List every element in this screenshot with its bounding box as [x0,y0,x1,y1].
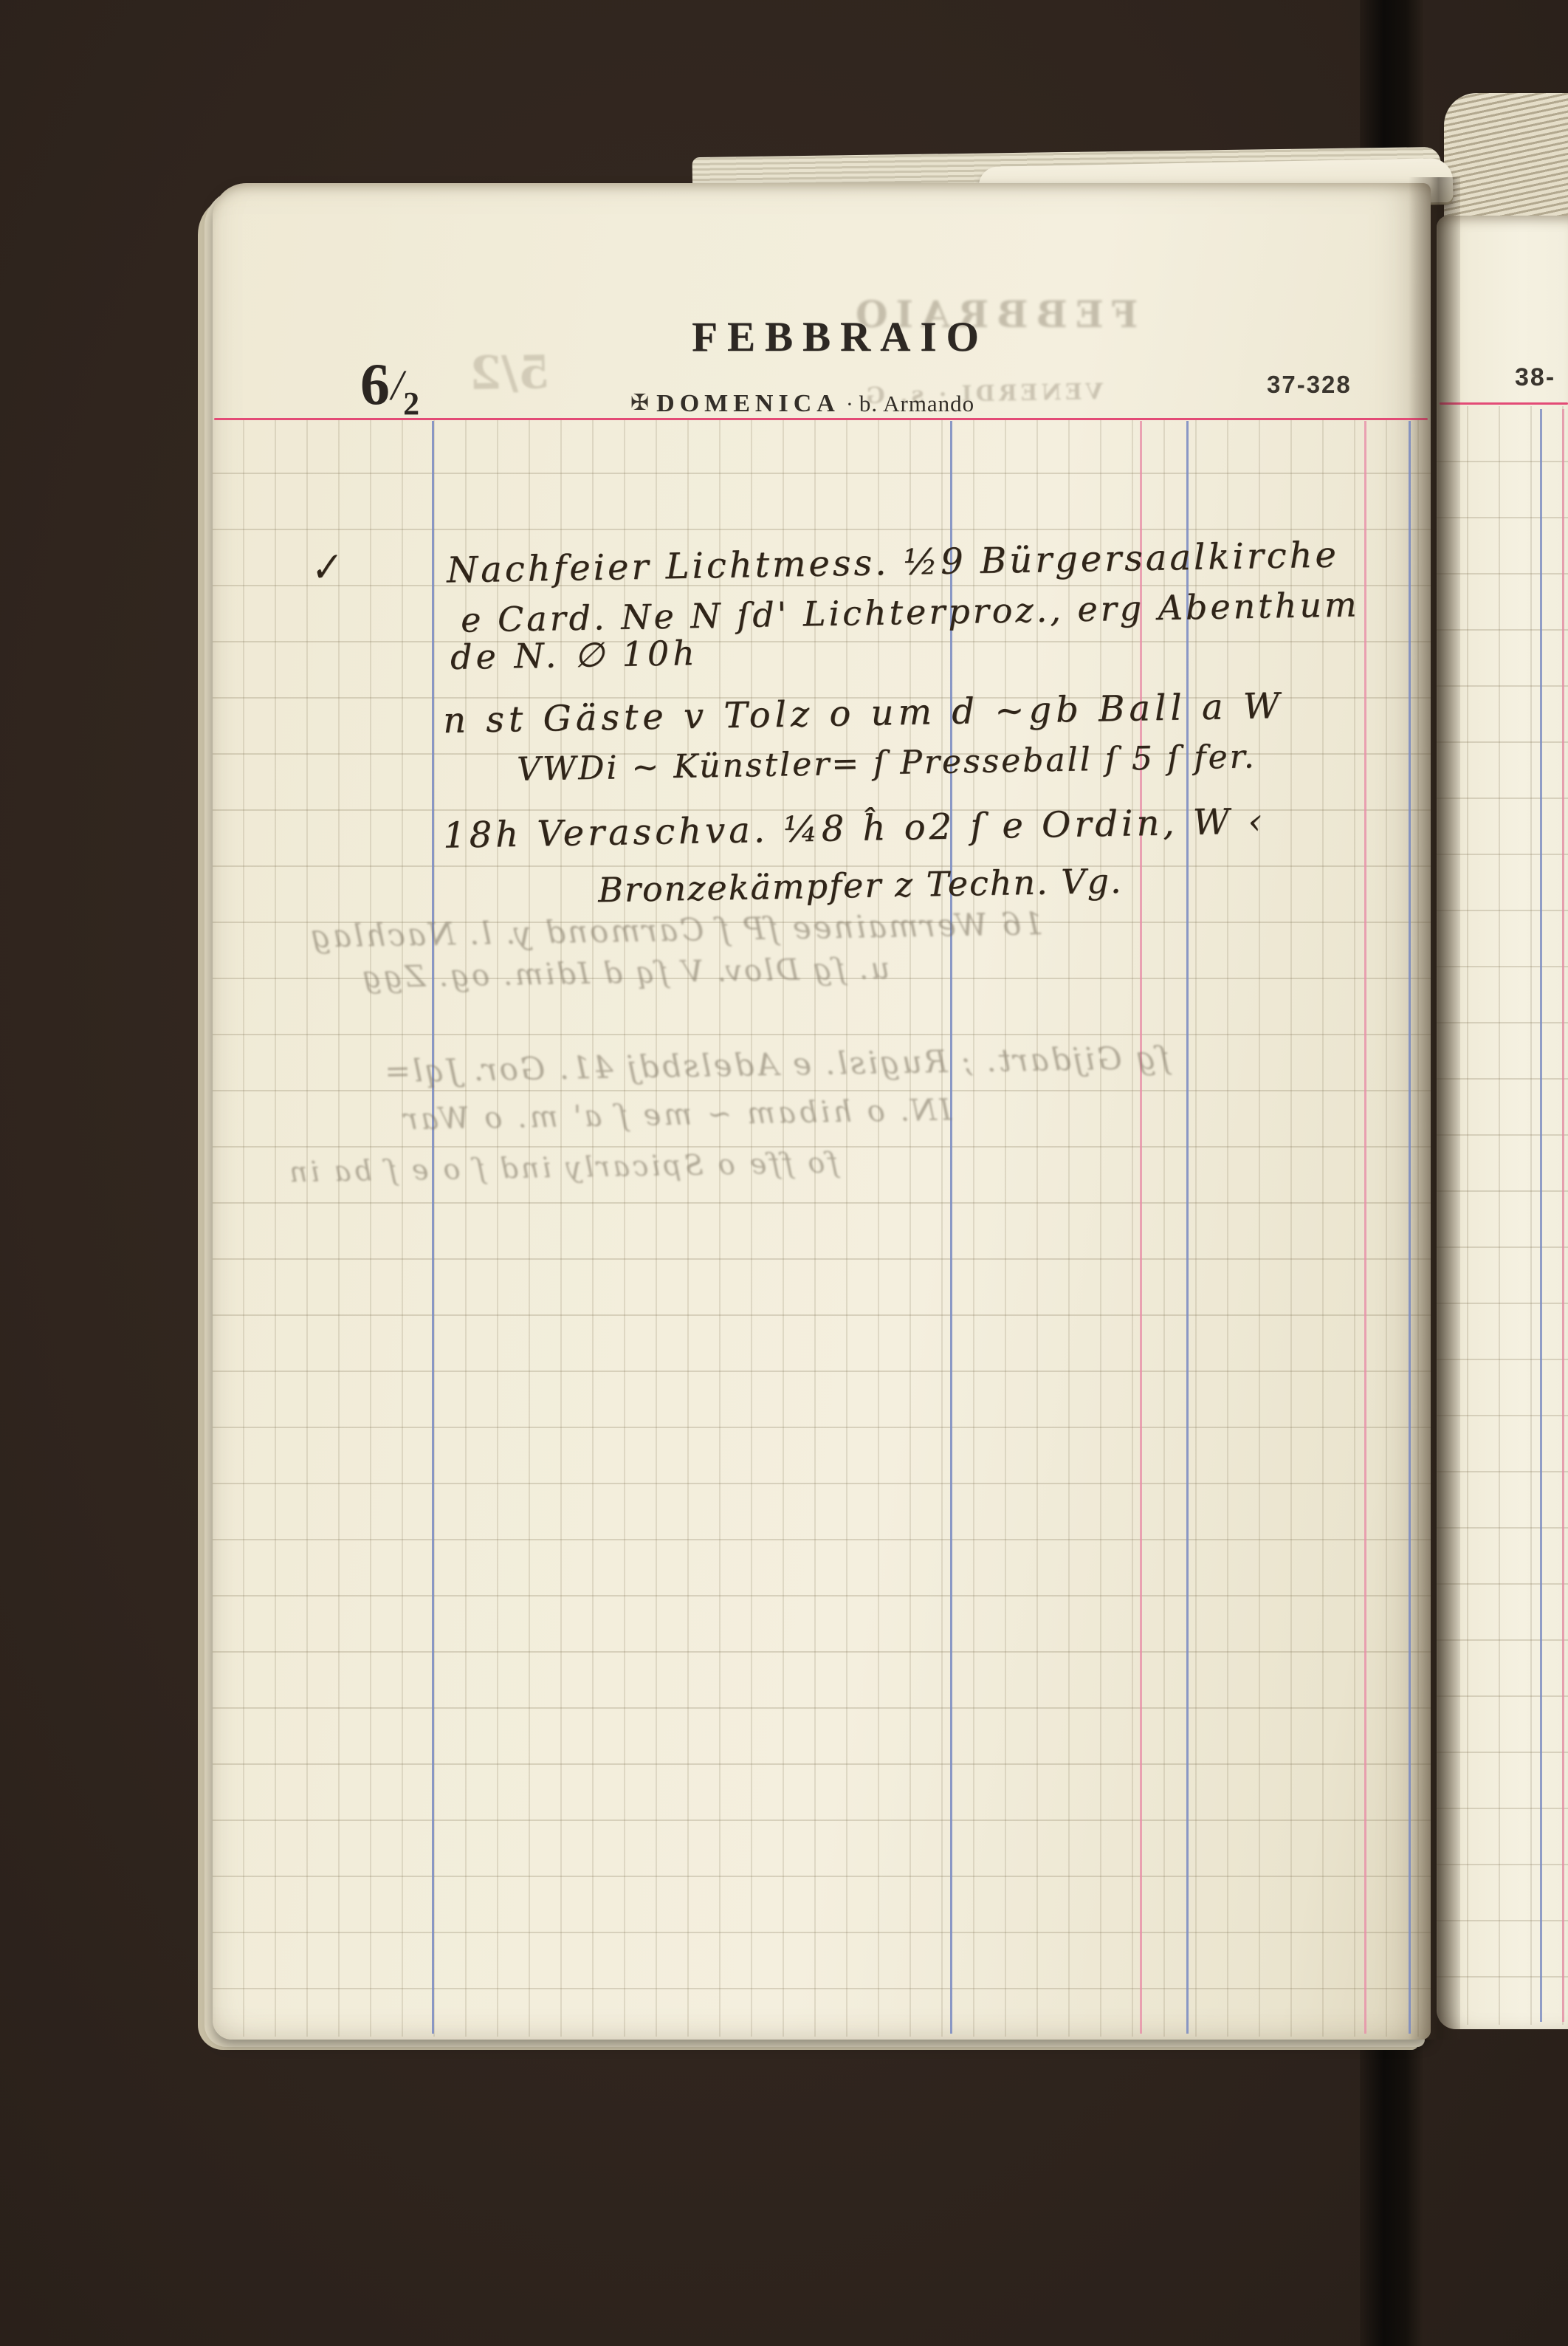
cross-icon: ✠ [630,391,649,415]
next-page-grid-ruling [1437,406,1568,2025]
margin-rule-blue-2 [950,421,952,2034]
next-page-pink-rule [1562,409,1564,2022]
margin-rule-pink-1 [1140,421,1142,2034]
margin-rule-blue-3 [1186,421,1189,2034]
page-grid-ruling [213,418,1431,2037]
bleedthrough-day-number: 5/2 [469,345,550,400]
day-of-year-count: 37-328 [1267,371,1352,399]
weekday-label: DOMENICA [656,390,840,417]
day-month-small: 2 [403,385,419,422]
next-page-edge: 38- [1437,216,1568,2029]
next-page-red-header-line [1440,402,1568,405]
margin-rule-pink-2 [1364,421,1366,2034]
day-number: 6/2 [360,351,419,419]
weekday-row: ✠DOMENICA·b. Armando [630,390,974,418]
handwriting-line: de N. ∅ 10h [450,633,699,677]
diary-scan-photo: 38- FEBBRAIO VENERDI · s. G 5/2 FEBBRAIO… [0,0,1568,2346]
day-number-big: 6 [360,352,390,417]
next-page-blue-rule [1540,409,1542,2022]
month-title: FEBBRAIO [670,313,1010,361]
next-page-day-count: 38- [1515,363,1555,392]
day-slash: / [391,361,403,409]
margin-rule-blue-4 [1409,421,1411,2034]
diary-page-feb-6: FEBBRAIO VENERDI · s. G 5/2 FEBBRAIO 6/2… [213,183,1431,2040]
weekday-separator: · [846,392,853,416]
margin-rule-blue-1 [432,421,434,2034]
saint-of-day: b. Armando [859,391,974,416]
page-stack-fore-edge [1444,93,1568,227]
